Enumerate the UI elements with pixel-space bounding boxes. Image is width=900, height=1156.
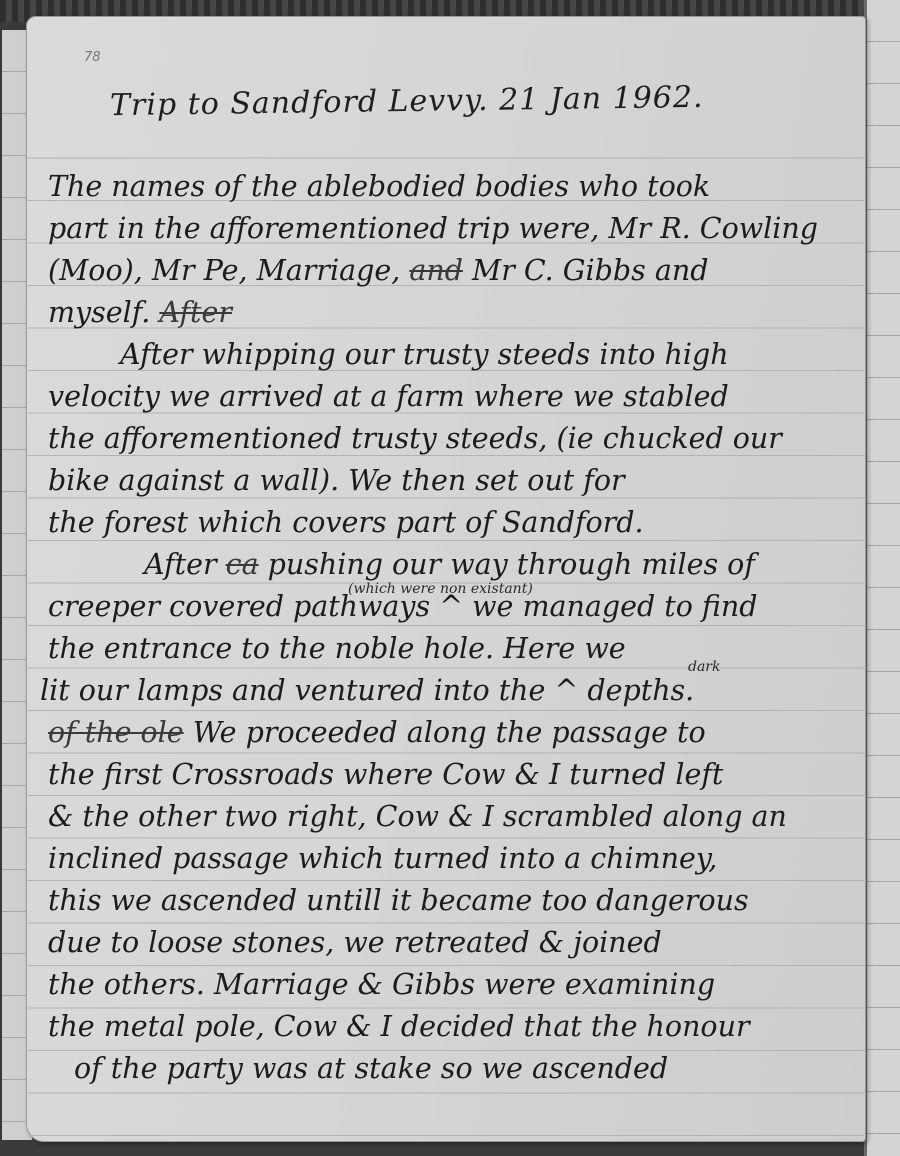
text-line: The names of the ablebodied bodies who t… <box>48 166 858 208</box>
text-line: the others. Marriage & Gibbs were examin… <box>48 964 858 1006</box>
text-line: of the ole We proceeded along the passag… <box>48 712 858 754</box>
line-text: the afforementioned trusty steeds, (ie c… <box>48 422 782 455</box>
line-text: the entrance to the noble hole. Here we <box>48 632 626 665</box>
text-line: the first Crossroads where Cow & I turne… <box>48 754 858 796</box>
line-text: the metal pole, Cow & I decided that the… <box>48 1010 750 1043</box>
line-text: the forest which covers part of Sandford… <box>48 506 644 539</box>
text-line: due to loose stones, we retreated & join… <box>48 922 858 964</box>
line-text: The names of the ablebodied bodies who t… <box>48 170 710 203</box>
line-text: this we ascended untill it became too da… <box>48 884 749 917</box>
line-text: After <box>144 548 226 581</box>
line-text: part in the afforementioned trip were, M… <box>48 212 818 245</box>
line-text: velocity we arrived at a farm where we s… <box>48 380 729 413</box>
struck-word: of the ole <box>48 716 184 749</box>
text-line: velocity we arrived at a farm where we s… <box>48 376 858 418</box>
line-text: of the party was at stake so we ascended <box>74 1052 668 1085</box>
handwritten-entry: The names of the ablebodied bodies who t… <box>48 166 858 1090</box>
text-line: part in the afforementioned trip were, M… <box>48 208 858 250</box>
text-line: myself. After <box>48 292 858 334</box>
line-text: the others. Marriage & Gibbs were examin… <box>48 968 715 1001</box>
text-line: (which were non existant) creeper covere… <box>48 586 858 628</box>
text-line: the afforementioned trusty steeds, (ie c… <box>48 418 858 460</box>
line-text: & the other two right, Cow & I scrambled… <box>48 800 787 833</box>
line-text: Mr C. Gibbs and <box>463 254 708 287</box>
text-line: After whipping our trusty steeds into hi… <box>48 334 858 376</box>
line-text: due to loose stones, we retreated & join… <box>48 926 662 959</box>
text-line: the entrance to the noble hole. Here we <box>48 628 858 670</box>
text-line: of the party was at stake so we ascended <box>48 1048 858 1090</box>
line-text: bike against a wall). We then set out fo… <box>48 464 625 497</box>
text-line: & the other two right, Cow & I scrambled… <box>48 796 858 838</box>
line-text: the first Crossroads where Cow & I turne… <box>48 758 723 791</box>
line-text: inclined passage which turned into a chi… <box>48 842 717 875</box>
text-line: (Moo), Mr Pe, Marriage, and Mr C. Gibbs … <box>48 250 858 292</box>
page-number: 78 <box>84 50 101 65</box>
text-line: inclined passage which turned into a chi… <box>48 838 858 880</box>
text-line: bike against a wall). We then set out fo… <box>48 460 858 502</box>
struck-word: After <box>159 296 232 329</box>
line-text: After whipping our trusty steeds into hi… <box>120 338 729 371</box>
struck-word: and <box>409 254 463 287</box>
text-line: the forest which covers part of Sandford… <box>48 502 858 544</box>
line-text: (Moo), Mr Pe, Marriage, <box>48 254 409 287</box>
line-text: myself. <box>48 296 159 329</box>
struck-word: ca <box>226 548 259 581</box>
text-line: dark lit our lamps and ventured into the… <box>40 670 858 712</box>
interlinear-insertion: dark <box>688 660 720 674</box>
interlinear-insertion: (which were non existant) <box>348 582 533 596</box>
notebook-page: 78 Trip to Sandford Levvy. 21 Jan 1962. … <box>26 16 866 1142</box>
text-line: After ca pushing our way through miles o… <box>48 544 858 586</box>
text-line: this we ascended untill it became too da… <box>48 880 858 922</box>
facing-page-edge <box>864 0 900 1156</box>
line-text: We proceeded along the passage to <box>184 716 706 749</box>
text-line: the metal pole, Cow & I decided that the… <box>48 1006 858 1048</box>
line-text: lit our lamps and ventured into the ^ de… <box>40 674 694 707</box>
line-text: pushing our way through miles of <box>259 548 755 581</box>
